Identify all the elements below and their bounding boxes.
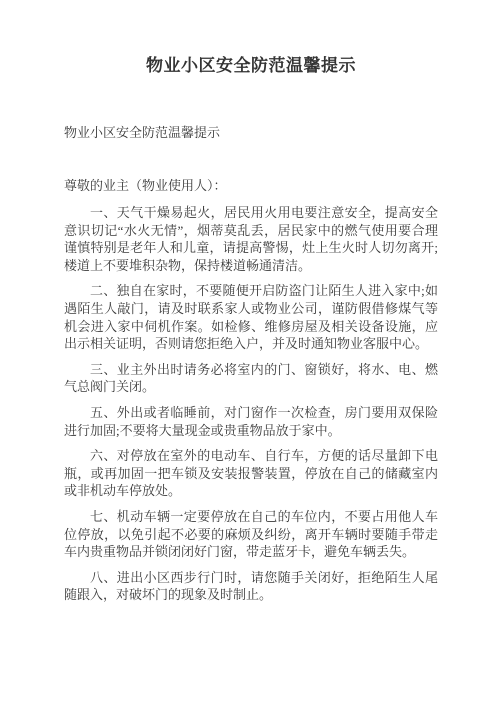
paragraph-5: 五、外出或者临睡前，对门窗作一次检查，房门要用双保险进行加固;不要将大量现金或贵… [64,404,438,439]
paragraph-8: 八、进出小区西步行门时，请您随手关闭好，拒绝陌生人尾随跟入，对破坏门的现象及时制… [64,569,438,604]
paragraph-list: 一、天气干燥易起火，居民用火用电要注意安全，提高安全意识切记“水火无情”，烟蒂莫… [64,204,438,604]
document-subtitle: 物业小区安全防范温馨提示 [64,124,438,141]
document-page: 物业小区安全防范温馨提示 物业小区安全防范温馨提示 尊敬的业主（物业使用人）： … [0,0,500,707]
paragraph-6: 六、对停放在室外的电动车、自行车，方便的话尽量卸下电瓶，或再加固一把车锁及安装报… [64,447,438,500]
salutation-line: 尊敬的业主（物业使用人）： [64,177,438,194]
paragraph-7: 七、机动车辆一定要停放在自己的车位内，不要占用他人车位停放，以免引起不必要的麻烦… [64,508,438,561]
paragraph-3: 三、业主外出时请务必将室内的门、窗锁好，将水、电、燃气总阀门关闭。 [64,361,438,396]
document-title: 物业小区安全防范温馨提示 [64,54,438,78]
paragraph-1: 一、天气干燥易起火，居民用火用电要注意安全，提高安全意识切记“水火无情”，烟蒂莫… [64,204,438,274]
paragraph-2: 二、独自在家时，不要随便开启防盗门让陌生人进入家中;如遇陌生人敲门，请及时联系家… [64,282,438,352]
